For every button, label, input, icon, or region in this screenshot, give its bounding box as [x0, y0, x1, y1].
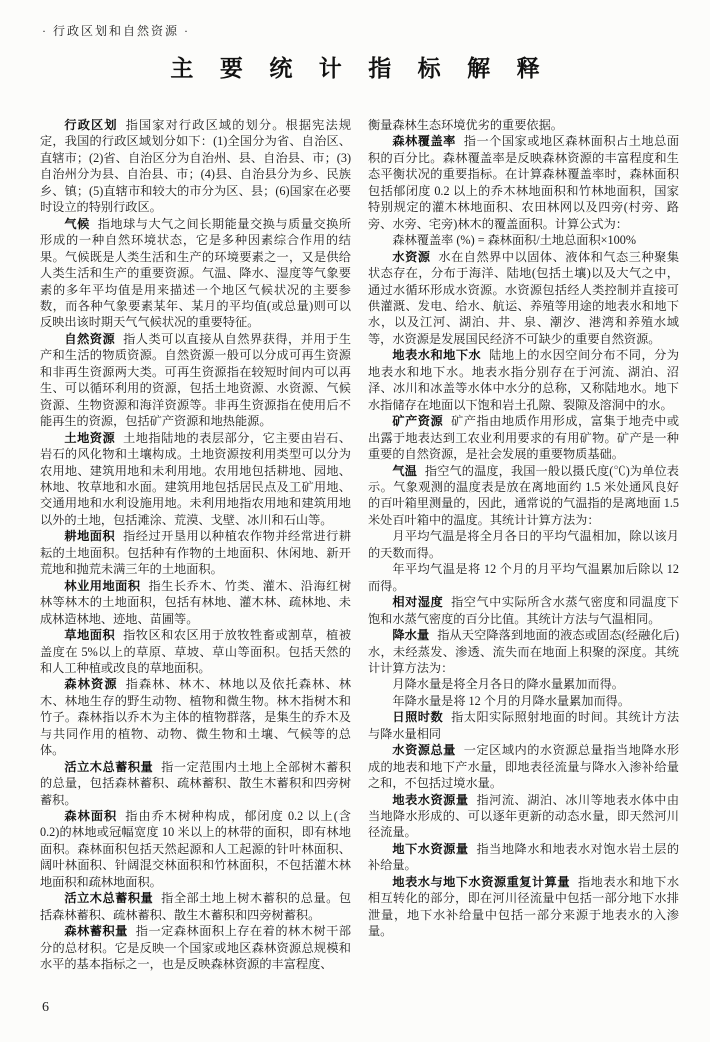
term-label: 耕地面积	[64, 529, 115, 543]
definition-paragraph: 气温指空气的温度，我国一般以摄氏度(℃)为单位表示。气象观测的温度表是放在离地面…	[368, 463, 679, 529]
definition-paragraph: 地表水和地下水陆地上的水因空间分布不同，分为地表水和地下水。地表水指分别存在于河…	[368, 347, 679, 413]
definition-paragraph: 耕地面积指经过开垦用以种植农作物并经常进行耕耘的土地面积。包括种有作物的土地面积…	[40, 528, 351, 577]
left-column: 行政区划指国家对行政区域的划分。根据宪法规定，我国的行政区域划分如下：(1)全国…	[40, 117, 351, 973]
definition-paragraph: 森林面积指由乔木树种构成，郁闭度 0.2 以上(含 0.2)的林地或冠幅宽度 1…	[40, 808, 351, 890]
term-label: 林业用地面积	[64, 579, 140, 593]
definition-paragraph: 矿产资源矿产指由地质作用形成，富集于地壳中或出露于地表达到工农业利用要求的有用矿…	[368, 413, 679, 462]
definition-paragraph: 降水量指从天空降落到地面的液态或固态(经融化后)水，未经蒸发、渗透、流失而在地面…	[368, 627, 679, 676]
definition-paragraph: 森林蓄积量指一定森林面积上存在着的林木树干部分的总材积。它是反映一个国家或地区森…	[40, 923, 351, 972]
term-label: 活立木总蓄积量	[64, 891, 153, 905]
term-label: 气温	[392, 464, 417, 478]
term-label: 地表水和地下水	[392, 348, 481, 362]
term-label: 降水量	[392, 628, 429, 642]
term-label: 行政区划	[64, 118, 117, 132]
term-label: 森林蓄积量	[64, 924, 127, 938]
definition-paragraph: 气候指地球与大气之间长期能量交换与质量交换所形成的一种自然环境状态，它是多种因素…	[40, 216, 351, 331]
term-label: 自然资源	[64, 332, 115, 346]
definition-paragraph: 草地面积指牧区和农区用于放牧牲畜或割草，植被盖度在 5%以上的草原、草坡、草山等…	[40, 627, 351, 676]
term-label: 活立木总蓄积量	[64, 760, 153, 774]
definition-paragraph: 森林覆盖率指一个国家或地区森林面积占土地总面积的百分比。森林覆盖率是反映森林资源…	[368, 133, 679, 232]
document-page: · 行政区划和自然资源 · 主 要 统 计 指 标 解 释 行政区划指国家对行政…	[0, 0, 710, 1042]
term-label: 气候	[64, 217, 89, 231]
definition-paragraph: 土地资源土地指陆地的表层部分，它主要由岩石、岩石的风化物和土壤构成。土地资源按利…	[40, 430, 351, 529]
term-label: 矿产资源	[392, 414, 443, 428]
term-label: 地表水资源量	[392, 793, 468, 807]
definition-paragraph: 地下水资源量指当地降水和地表水对饱水岩土层的补给量。	[368, 841, 679, 874]
term-label: 土地资源	[64, 431, 115, 445]
paragraph: 月平均气温是将全月各日的平均气温相加，除以该月的天数而得。	[368, 528, 679, 561]
term-label: 地下水资源量	[392, 842, 468, 856]
page-number: 6	[42, 1000, 49, 1016]
definition-paragraph: 自然资源指人类可以直接从自然界获得，并用于生产和生活的物质资源。自然资源一般可以…	[40, 331, 351, 430]
term-label: 相对湿度	[392, 595, 443, 609]
term-label: 日照时数	[392, 710, 443, 724]
term-label: 森林面积	[64, 809, 117, 823]
term-label: 水资源总量	[392, 743, 455, 757]
definition-paragraph: 水资源总量一定区域内的水资源总量指当地降水形成的地表和地下产水量，即地表径流量与…	[368, 742, 679, 791]
paragraph: 年降水量是将 12 个月的月降水量累加而得。	[368, 693, 679, 709]
term-label: 水资源	[392, 250, 430, 264]
term-label: 地表水与地下水资源重复计算量	[392, 875, 570, 889]
definition-paragraph: 行政区划指国家对行政区域的划分。根据宪法规定，我国的行政区域划分如下：(1)全国…	[40, 117, 351, 216]
text-columns: 行政区划指国家对行政区域的划分。根据宪法规定，我国的行政区域划分如下：(1)全国…	[40, 117, 680, 973]
definition-paragraph: 活立木总蓄积量指一定范围内土地上全部树木蓄积的总量，包括森林蓄积、疏林蓄积、散生…	[40, 759, 351, 808]
term-label: 草地面积	[64, 628, 115, 642]
term-label: 森林覆盖率	[392, 134, 455, 148]
paragraph: 年平均气温是将 12 个月的月平均气温累加后除以 12 而得。	[368, 561, 679, 594]
definition-paragraph: 林业用地面积指生长乔木、竹类、灌木、沿海红树林等林木的土地面积，包括有林地、灌木…	[40, 578, 351, 627]
paragraph: 森林覆盖率 (%) = 森林面积/土地总面积×100%	[368, 232, 679, 248]
paragraph: 月降水量是将全月各日的降水量累加而得。	[368, 676, 679, 692]
definition-paragraph: 地表水资源量指河流、湖泊、冰川等地表水体中由当地降水形成的、可以逐年更新的动态水…	[368, 792, 679, 841]
definition-paragraph: 相对湿度指空气中实际所含水蒸气密度和同温度下饱和水蒸气密度的百分比值。其统计方法…	[368, 594, 679, 627]
definition-paragraph: 地表水与地下水资源重复计算量指地表水和地下水相互转化的部分，即在河川径流量中包括…	[368, 874, 679, 940]
term-label: 森林资源	[64, 677, 117, 691]
definition-paragraph: 日照时数指太阳实际照射地面的时间。其统计方法与降水量相同	[368, 709, 679, 742]
running-head: · 行政区划和自然资源 ·	[42, 22, 190, 39]
definition-paragraph: 森林资源指森林、林木、林地以及依托森林、林木、林地生存的野生动物、植物和微生物。…	[40, 676, 351, 758]
definition-paragraph: 活立木总蓄积量指全部土地上树木蓄积的总量。包括森林蓄积、疏林蓄积、散生木蓄积和四…	[40, 890, 351, 923]
paragraph: 衡量森林生态环境优劣的重要依据。	[368, 117, 679, 133]
right-column: 衡量森林生态环境优劣的重要依据。森林覆盖率指一个国家或地区森林面积占土地总面积的…	[368, 117, 679, 973]
definition-paragraph: 水资源水在自然界中以固体、液体和气态三种聚集状态存在，分布于海洋、陆地(包括土壤…	[368, 249, 679, 348]
page-title: 主 要 统 计 指 标 解 释	[0, 50, 710, 83]
